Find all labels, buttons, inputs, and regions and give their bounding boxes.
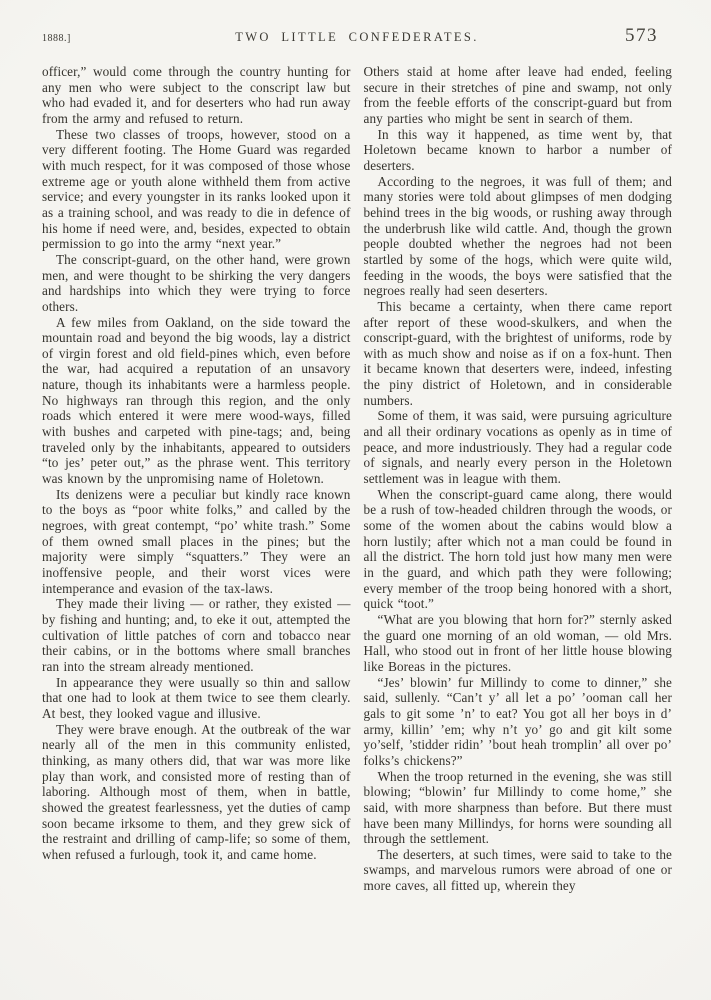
- paragraph: “What are you blowing that horn for?” st…: [364, 612, 673, 675]
- left-column: officer,” would come through the country…: [42, 64, 351, 894]
- text-columns: officer,” would come through the country…: [42, 64, 672, 894]
- paragraph: “Jes’ blowin’ fur Millindy to come to di…: [364, 675, 673, 769]
- paragraph: They made their living — or rather, they…: [42, 596, 351, 674]
- right-column: Others staid at home after leave had end…: [364, 64, 673, 894]
- paragraph: The deserters, at such times, were said …: [364, 847, 673, 894]
- paragraph: When the conscript-guard came along, the…: [364, 487, 673, 612]
- page-number: 573: [625, 25, 658, 47]
- paragraph: A few miles from Oakland, on the side to…: [42, 315, 351, 487]
- paragraph: This became a certainty, when there came…: [364, 299, 673, 409]
- paragraph: According to the negroes, it was full of…: [364, 174, 673, 299]
- header-date: 1888.]: [42, 33, 71, 44]
- book-page: 1888.] TWO LITTLE CONFEDERATES. 573 offi…: [0, 0, 711, 1000]
- paragraph: They were brave enough. At the outbreak …: [42, 722, 351, 863]
- page-header: 1888.] TWO LITTLE CONFEDERATES. 573: [42, 25, 672, 47]
- paragraph: In appearance they were usually so thin …: [42, 675, 351, 722]
- paragraph: Others staid at home after leave had end…: [364, 64, 673, 127]
- running-title: TWO LITTLE CONFEDERATES.: [235, 30, 479, 45]
- paragraph: In this way it happened, as time went by…: [364, 127, 673, 174]
- paragraph: officer,” would come through the country…: [42, 64, 351, 127]
- paragraph: Some of them, it was said, were pursuing…: [364, 408, 673, 486]
- paragraph: These two classes of troops, however, st…: [42, 127, 351, 252]
- paragraph: The conscript-guard, on the other hand, …: [42, 252, 351, 315]
- paragraph: Its denizens were a peculiar but kindly …: [42, 487, 351, 597]
- paragraph: When the troop returned in the evening, …: [364, 769, 673, 847]
